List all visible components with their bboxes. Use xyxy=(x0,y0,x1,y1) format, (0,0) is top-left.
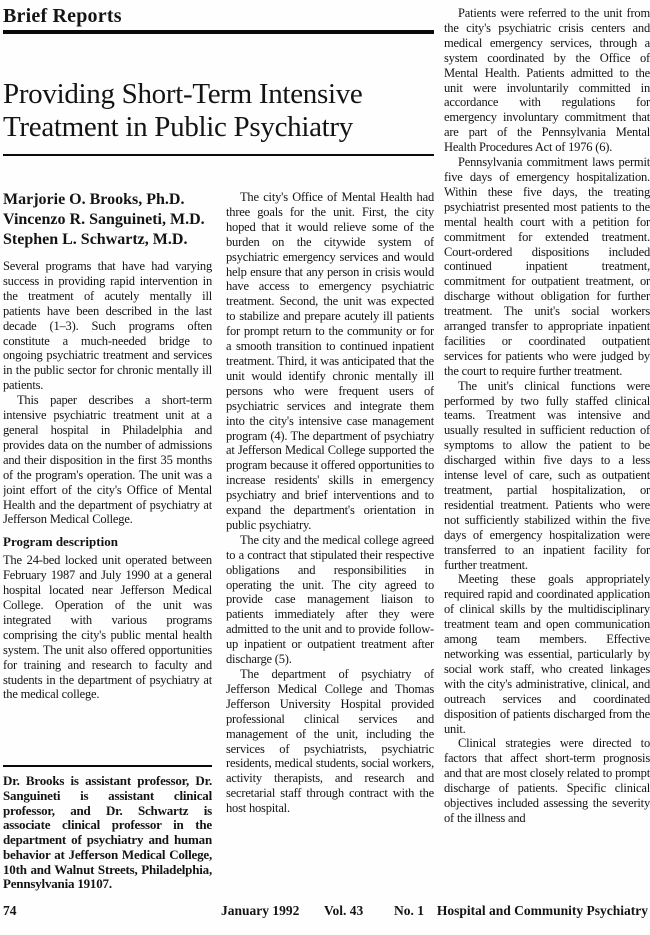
body-paragraph: Pennsylvania commitment laws permit five… xyxy=(444,155,650,379)
article-main-area: Brief Reports Providing Short-Term Inten… xyxy=(3,4,434,902)
author-affiliation-note: Dr. Brooks is assistant professor, Dr. S… xyxy=(3,774,212,892)
page-body: Brief Reports Providing Short-Term Inten… xyxy=(3,4,648,902)
body-paragraph: The department of psychiatry of Jefferso… xyxy=(226,667,434,816)
body-paragraph: The city and the medical college agreed … xyxy=(226,533,434,667)
running-footer: 74 January 1992 Vol. 43 No. 1 Hospital a… xyxy=(3,903,648,925)
article-title-line2: Treatment in Public Psychiatry xyxy=(3,111,353,143)
author-name: Stephen L. Schwartz, M.D. xyxy=(3,230,212,250)
page-number: 74 xyxy=(3,903,17,919)
journal-page: Brief Reports Providing Short-Term Inten… xyxy=(0,0,650,935)
column-left: Marjorie O. Brooks, Ph.D. Vincenzo R. Sa… xyxy=(3,190,212,892)
title-rule xyxy=(3,154,434,156)
journal-title: Hospital and Community Psychiatry xyxy=(437,903,648,919)
body-paragraph: The unit's clinical functions were perfo… xyxy=(444,379,650,573)
program-description-heading: Program description xyxy=(3,534,212,550)
column-middle: The city's Office of Mental Health had t… xyxy=(226,190,434,892)
column-spacer xyxy=(3,702,212,765)
body-paragraph: The city's Office of Mental Health had t… xyxy=(226,190,434,533)
body-paragraph: Meeting these goals appropriately requir… xyxy=(444,572,650,736)
body-paragraph: Patients were referred to the unit from … xyxy=(444,6,650,155)
column-right: Patients were referred to the unit from … xyxy=(444,4,650,902)
two-column-block: Marjorie O. Brooks, Ph.D. Vincenzo R. Sa… xyxy=(3,190,434,892)
author-name: Vincenzo R. Sanguineti, M.D. xyxy=(3,210,212,230)
header-rule xyxy=(3,30,434,34)
article-title: Providing Short-Term Intensive Treatment… xyxy=(3,78,434,144)
intro-paragraph: Several programs that have had varying s… xyxy=(3,259,212,393)
author-list: Marjorie O. Brooks, Ph.D. Vincenzo R. Sa… xyxy=(3,190,212,250)
issue-number: No. 1 xyxy=(394,903,424,919)
intro-paragraph: This paper describes a short-term intens… xyxy=(3,393,212,527)
issue-date: January 1992 xyxy=(221,903,299,919)
article-title-line1: Providing Short-Term Intensive xyxy=(3,78,362,110)
program-description-paragraph: The 24-bed locked unit operated between … xyxy=(3,553,212,702)
volume-label: Vol. 43 xyxy=(324,903,363,919)
affiliation-rule xyxy=(3,765,212,767)
section-header: Brief Reports xyxy=(3,4,434,28)
body-paragraph: Clinical strategies were directed to fac… xyxy=(444,736,650,825)
author-name: Marjorie O. Brooks, Ph.D. xyxy=(3,190,212,210)
